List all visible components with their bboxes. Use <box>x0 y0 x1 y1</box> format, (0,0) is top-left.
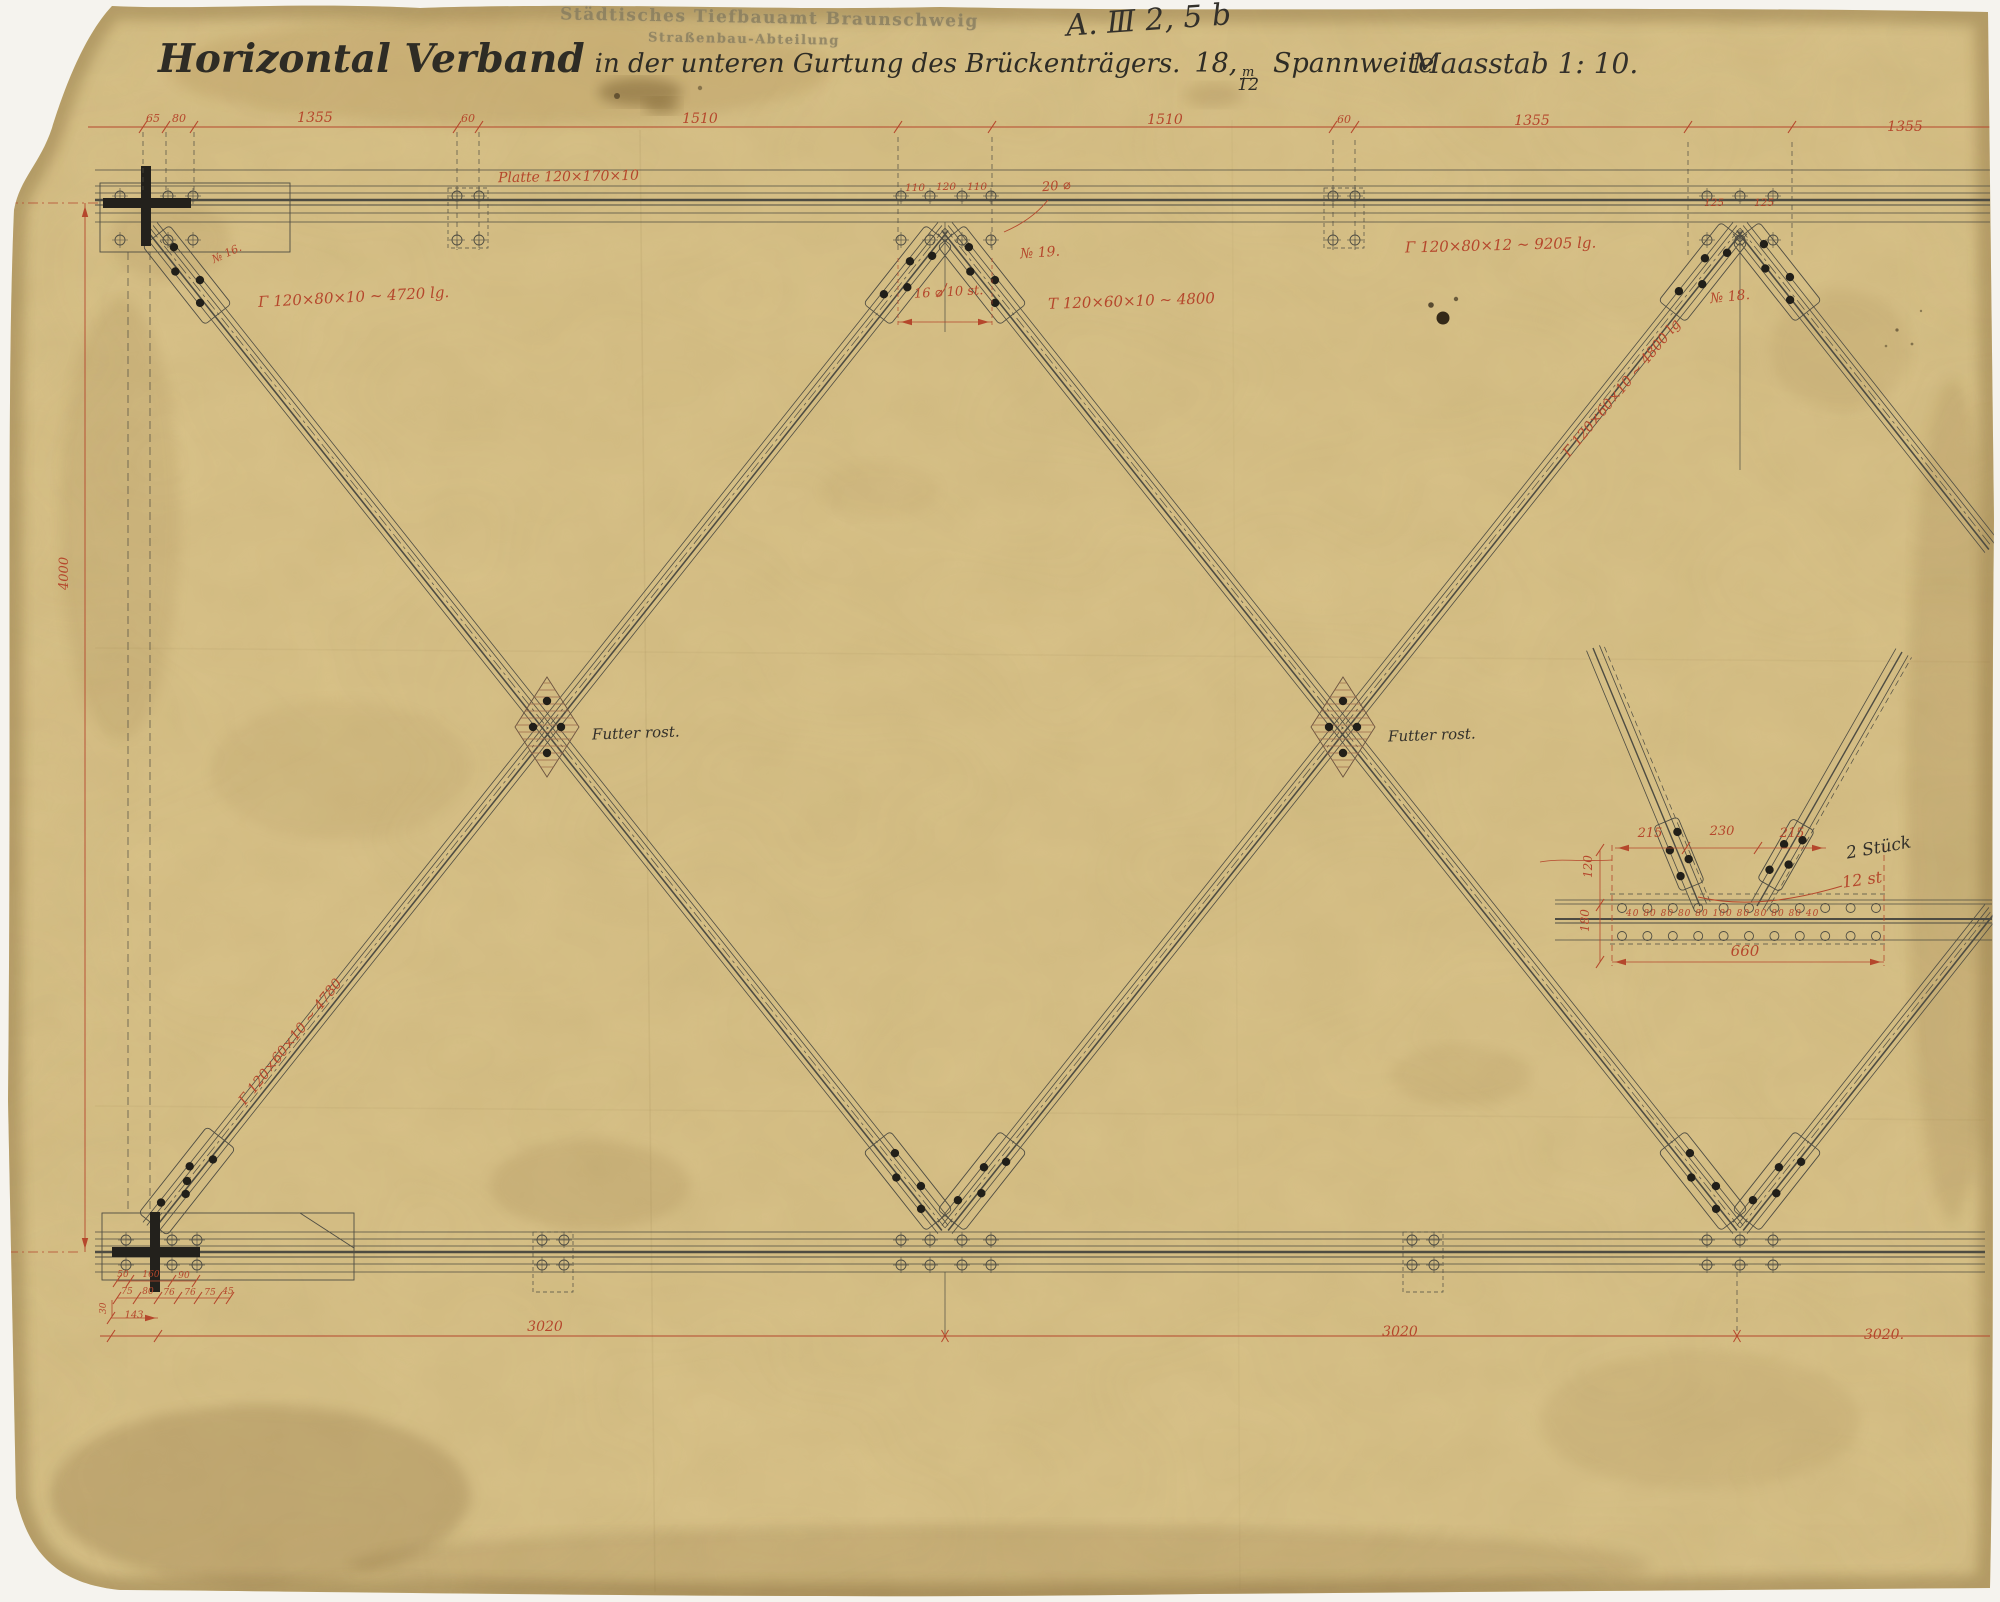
dim-corner-30: 30 <box>100 1303 109 1314</box>
dim-node-125a: 125 <box>1704 198 1724 209</box>
title-sub: in der unteren Gurtung des Brückenträger… <box>595 49 1181 79</box>
dim-node-110a: 110 <box>905 183 925 194</box>
label-filler-right: Futter rost. <box>1388 726 1476 744</box>
title-span-word: Spannweite <box>1273 48 1434 79</box>
drawing-sheet: Städtisches Tiefbauamt Braunschweig Stra… <box>0 0 2000 1602</box>
dim-bottom-3020a: 3020 <box>527 1320 563 1334</box>
detail-rivet-spacing: 40 80 80 80 80 100 80 80 80 80 40 <box>1626 910 1819 919</box>
dim-left-4000: 4000 <box>58 557 71 590</box>
dim-bottom-143: 143 <box>124 1311 143 1321</box>
dim-bottom-3020c: 3020. <box>1864 1328 1904 1342</box>
scale-label: Maasstab 1: 10. <box>1412 50 1638 78</box>
title-main: Horizontal Verband <box>158 36 585 82</box>
dim-chain-75a: 75 <box>121 1288 132 1297</box>
dim-node-120: 120 <box>936 182 956 193</box>
dim-node-125b: 125 <box>1754 198 1774 209</box>
note-rivets-16: 16 ⌀ 10 st. <box>914 284 984 301</box>
dim-top-60a: 60 <box>461 113 475 124</box>
title-span-number: 18,m12 <box>1194 48 1259 79</box>
label-node-18: № 18. <box>1709 288 1750 306</box>
dim-corner-160: 160 <box>142 1271 159 1280</box>
detail-dim-180: 180 <box>1579 909 1591 932</box>
sheet-title: Horizontal Verbandin der unteren Gurtung… <box>158 36 1434 93</box>
detail-dim-120: 120 <box>1582 855 1594 878</box>
dim-top-1355a: 1355 <box>297 111 333 125</box>
note-bolt-20: 20 ⌀ <box>1041 179 1071 194</box>
dim-top-1510b: 1510 <box>1147 113 1183 127</box>
label-node-19: № 19. <box>1020 245 1061 262</box>
detail-dim-215b: 215 <box>1780 827 1805 840</box>
dim-top-1355b: 1355 <box>1514 114 1550 128</box>
dim-chain-76b: 76 <box>184 1289 195 1298</box>
dim-top-65: 65 <box>146 113 160 124</box>
dim-chain-45: 45 <box>222 1288 233 1297</box>
drawing-canvas <box>0 0 2000 1602</box>
dim-chain-75b: 75 <box>204 1289 215 1298</box>
label-filler-left: Futter rost. <box>592 724 680 742</box>
dim-chain-76a: 76 <box>163 1289 174 1298</box>
dim-bottom-3020b: 3020 <box>1382 1325 1418 1339</box>
dim-top-80: 80 <box>172 113 186 124</box>
detail-dim-660: 660 <box>1731 944 1760 959</box>
dim-top-1355c: 1355 <box>1887 120 1923 134</box>
dim-chain-80: 80 <box>142 1288 153 1297</box>
detail-dim-230: 230 <box>1710 825 1735 838</box>
note-cover-plate: Platte 120×170×10 <box>498 169 639 185</box>
dim-corner-50: 50 <box>117 1271 128 1280</box>
dim-top-60b: 60 <box>1337 114 1351 125</box>
dim-node-110b: 110 <box>967 182 987 193</box>
dim-corner-90: 90 <box>178 1272 189 1281</box>
detail-dim-215a: 215 <box>1638 827 1663 840</box>
dim-top-1510a: 1510 <box>682 112 718 126</box>
